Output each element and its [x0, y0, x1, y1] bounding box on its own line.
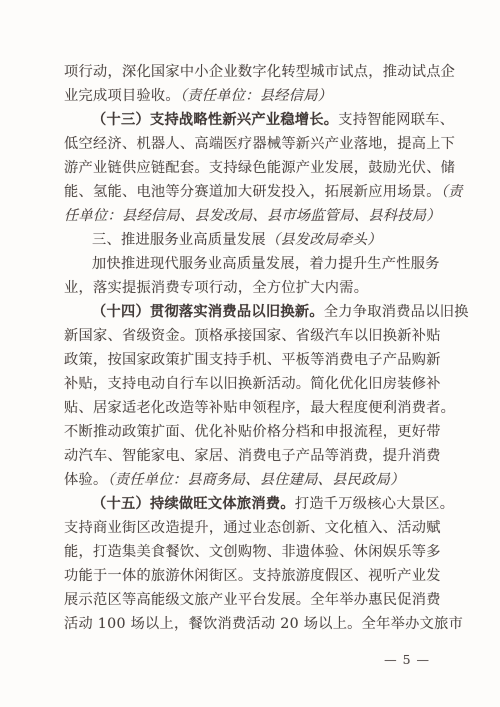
text-line: 三、推进服务业高质量发展（县发改局牵头） [64, 228, 442, 252]
text-run-body: 补贴，支持电动自行车以旧换新活动。简化优化旧房装修补 [64, 376, 441, 392]
page-number: — 5 — [384, 652, 430, 667]
text-run-body: 能，打造集美食餐饮、文创购物、非遗体验、休闲娱乐等多 [64, 544, 441, 560]
text-run-body: 游产业链供应链配套。支持绿色能源产业发展，鼓励光伏、储 [64, 160, 455, 176]
text-run-body: 不断推动政策扩面、优化补贴价格分档和申报流程，更好带 [64, 424, 441, 440]
text-run-kai: （责任单位：县经信局） [180, 88, 332, 104]
text-line: 动汽车、智能家电、家居、消费电子产品等消费，提升消费 [64, 444, 442, 468]
text-line: 补贴，支持电动自行车以旧换新活动。简化优化旧房装修补 [64, 372, 442, 396]
text-run-body: 贴、居家适老化改造等补贴申领程序，最大程度便利消费者。 [64, 400, 455, 416]
text-run-body: 低空经济、机器人、高端医疗器械等新兴产业落地，提高上下 [64, 136, 455, 152]
text-line: 低空经济、机器人、高端医疗器械等新兴产业落地，提高上下 [64, 132, 442, 156]
text-line: 展示范区等高能级文旅产业平台发展。全年举办惠民促消费 [64, 588, 442, 612]
text-run-body: 展示范区等高能级文旅产业平台发展。全年举办惠民促消费 [64, 592, 441, 608]
text-line: 加快推进现代服务业高质量发展，着力提升生产性服务 [64, 252, 442, 276]
text-line: 不断推动政策扩面、优化补贴价格分档和申报流程，更好带 [64, 420, 442, 444]
text-run-body: 加快推进现代服务业高质量发展，着力提升生产性服务 [92, 256, 440, 272]
text-run-body: 全力争取消费品以旧换 [324, 304, 469, 320]
text-line: 新国家、省级资金。顶格承接国家、省级汽车以旧换新补贴 [64, 324, 442, 348]
text-line: 活动 100 场以上，餐饮消费活动 20 场以上。全年举办文旅市 [64, 612, 442, 636]
text-line: 支持商业街区改造提升，通过业态创新、文化植入、活动赋 [64, 516, 442, 540]
text-run-bold: （十四）贯彻落实消费品以旧换新。 [92, 304, 324, 320]
text-line: 体验。（责任单位：县商务局、县住建局、县民政局） [64, 468, 442, 492]
text-run-bold: （十五）持续做旺文体旅消费。 [92, 496, 295, 512]
text-line: 任单位：县经信局、县发改局、县市场监管局、县科技局） [64, 204, 442, 228]
text-run-kai: （县发改局牵头） [266, 232, 382, 248]
text-run-body: 功能于一体的旅游休闲街区。支持旅游度假区、视听产业发 [64, 568, 441, 584]
text-run-kai: （责 [441, 184, 463, 200]
text-line: 能，打造集美食餐饮、文创购物、非遗体验、休闲娱乐等多 [64, 540, 442, 564]
text-run-body: 动汽车、智能家电、家居、消费电子产品等消费，提升消费 [64, 448, 441, 464]
text-line: 项行动，深化国家中小企业数字化转型城市试点，推动试点企 [64, 60, 442, 84]
text-run-kai: 任单位：县经信局、县发改局、县市场监管局、县科技局） [64, 208, 441, 224]
text-run-body: 能、氢能、电池等分赛道加大研发投入，拓展新应用场景。 [64, 184, 441, 200]
text-line: 功能于一体的旅游休闲街区。支持旅游度假区、视听产业发 [64, 564, 442, 588]
text-line: （十五）持续做旺文体旅消费。打造千万级核心大景区。 [64, 492, 442, 516]
text-run-body: 新国家、省级资金。顶格承接国家、省级汽车以旧换新补贴 [64, 328, 441, 344]
text-run-body: 体验。 [64, 472, 107, 488]
text-line: 业完成项目验收。（责任单位：县经信局） [64, 84, 442, 108]
text-run-body: 支持智能网联车、 [338, 112, 454, 128]
page-footer: — 5 — [384, 652, 430, 668]
text-line: （十三）支持战略性新兴产业稳增长。支持智能网联车、 [64, 108, 442, 132]
text-line: （十四）贯彻落实消费品以旧换新。全力争取消费品以旧换 [64, 300, 442, 324]
text-line: 贴、居家适老化改造等补贴申领程序，最大程度便利消费者。 [64, 396, 442, 420]
text-run-body: 政策，按国家政策扩围支持手机、平板等消费电子产品购新 [64, 352, 441, 368]
text-run-hei: 三、推进服务业高质量发展 [92, 232, 266, 248]
text-run-body: 项行动，深化国家中小企业数字化转型城市试点，推动试点企 [64, 64, 455, 80]
text-run-body: 业，落实提振消费专项行动，全方位扩大内需。 [64, 280, 368, 296]
text-line: 业，落实提振消费专项行动，全方位扩大内需。 [64, 276, 442, 300]
scanned-document-page: 项行动，深化国家中小企业数字化转型城市试点，推动试点企业完成项目验收。（责任单位… [0, 0, 500, 707]
text-run-bold: （十三）支持战略性新兴产业稳增长。 [92, 112, 338, 128]
text-run-body: 业完成项目验收。 [64, 88, 180, 104]
text-run-body: 活动 100 场以上，餐饮消费活动 20 场以上。全年举办文旅市 [64, 616, 463, 632]
text-run-body: 支持商业街区改造提升，通过业态创新、文化植入、活动赋 [64, 520, 441, 536]
text-run-body: 打造千万级核心大景区。 [295, 496, 454, 512]
document-body: 项行动，深化国家中小企业数字化转型城市试点，推动试点企业完成项目验收。（责任单位… [64, 60, 442, 636]
text-line: 游产业链供应链配套。支持绿色能源产业发展，鼓励光伏、储 [64, 156, 442, 180]
text-run-kai: （责任单位：县商务局、县住建局、县民政局） [107, 472, 404, 488]
text-line: 政策，按国家政策扩围支持手机、平板等消费电子产品购新 [64, 348, 442, 372]
text-line: 能、氢能、电池等分赛道加大研发投入，拓展新应用场景。（责 [64, 180, 442, 204]
